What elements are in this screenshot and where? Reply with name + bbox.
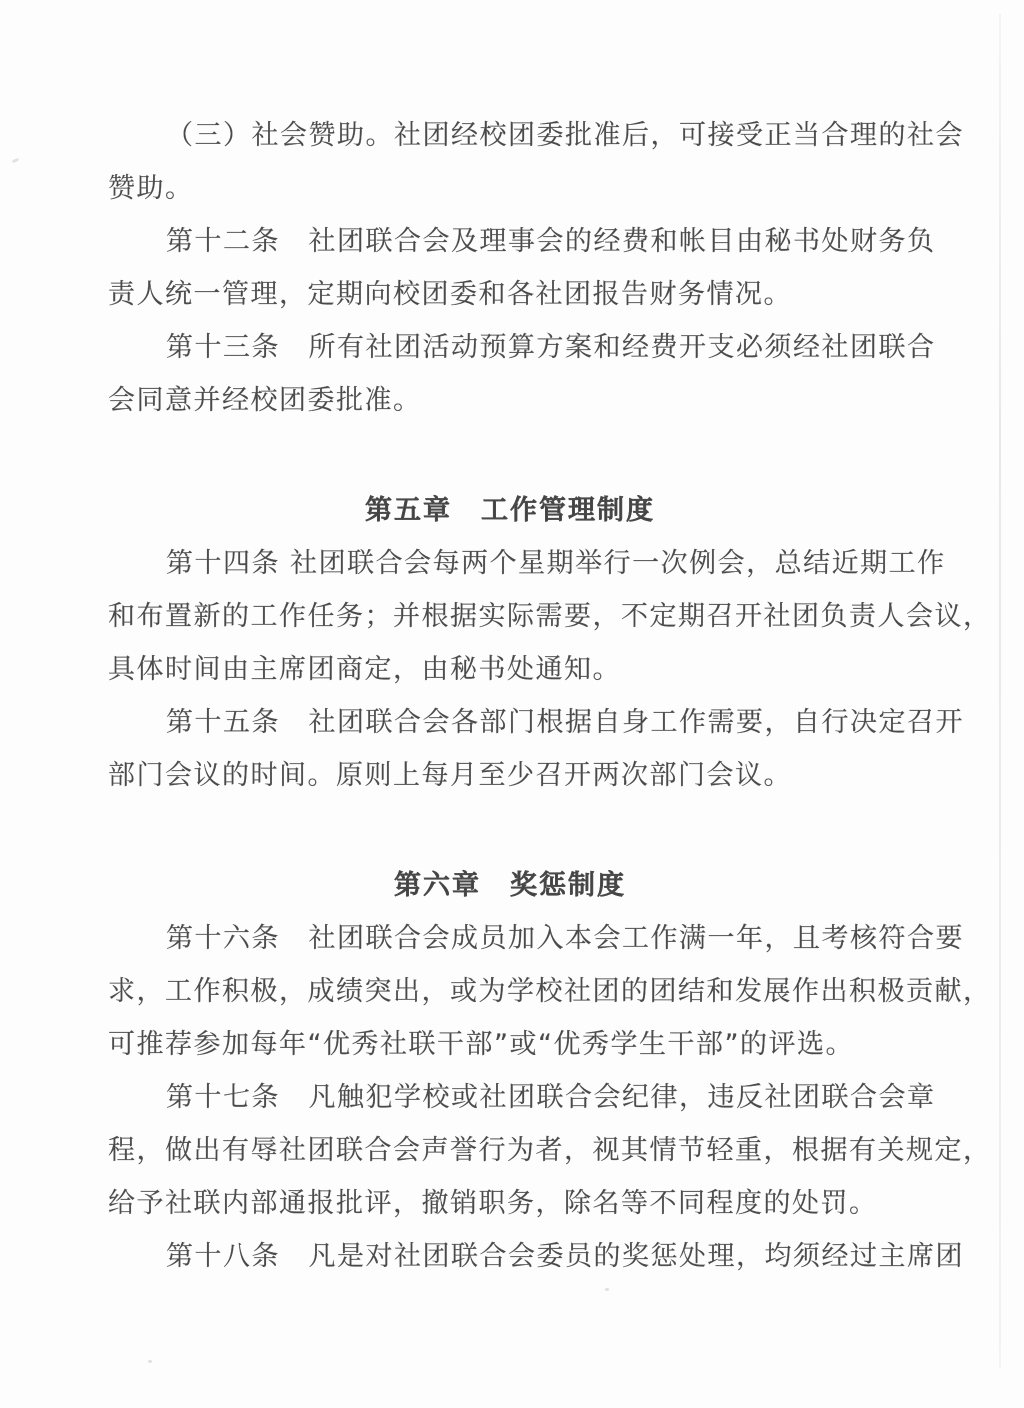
scan-speck: [605, 1288, 609, 1291]
document-line: 第十六条 社团联合会成员加入本会工作满一年，且考核符合要: [108, 912, 912, 965]
document-line: 第十四条 社团联合会每两个星期举行一次例会，总结近期工作: [108, 537, 912, 590]
scan-speck: [148, 1360, 152, 1363]
document-line: 程，做出有辱社团联合会声誉行为者，视其情节轻重，根据有关规定，: [108, 1124, 912, 1177]
document-content: （三）社会赞助。社团经校团委批准后，可接受正当合理的社会赞助。第十二条 社团联合…: [0, 0, 1024, 1283]
chapter-heading: 第五章 工作管理制度: [108, 484, 912, 537]
scan-edge-artifact: [999, 14, 1001, 1368]
document-line: 求，工作积极，成绩突出，或为学校社团的团结和发展作出积极贡献，: [108, 965, 912, 1018]
document-line: 第十三条 所有社团活动预算方案和经费开支必须经社团联合: [108, 321, 912, 374]
document-line: 第十五条 社团联合会各部门根据自身工作需要，自行决定召开: [108, 696, 912, 749]
chapter-heading: 第六章 奖惩制度: [108, 859, 912, 912]
document-line: 第十七条 凡触犯学校或社团联合会纪律，违反社团联合会章: [108, 1071, 912, 1124]
document-line: （三）社会赞助。社团经校团委批准后，可接受正当合理的社会: [108, 109, 912, 162]
document-line: 具体时间由主席团商定，由秘书处通知。: [108, 643, 912, 696]
document-line: 会同意并经校团委批准。: [108, 374, 912, 427]
document-line: 和布置新的工作任务；并根据实际需要，不定期召开社团负责人会议，: [108, 590, 912, 643]
document-line: 第十二条 社团联合会及理事会的经费和帐目由秘书处财务负: [108, 215, 912, 268]
document-line: 给予社联内部通报批评，撤销职务，除名等不同程度的处罚。: [108, 1177, 912, 1230]
document-line: 赞助。: [108, 162, 912, 215]
scanned-document-page: （三）社会赞助。社团经校团委批准后，可接受正当合理的社会赞助。第十二条 社团联合…: [0, 0, 1024, 1408]
document-line: 第十八条 凡是对社团联合会委员的奖惩处理，均须经过主席团: [108, 1230, 912, 1283]
document-line: 部门会议的时间。原则上每月至少召开两次部门会议。: [108, 749, 912, 802]
document-line: 可推荐参加每年“优秀社联干部”或“优秀学生干部”的评选。: [108, 1018, 912, 1071]
document-line: 责人统一管理，定期向校团委和各社团报告财务情况。: [108, 268, 912, 321]
